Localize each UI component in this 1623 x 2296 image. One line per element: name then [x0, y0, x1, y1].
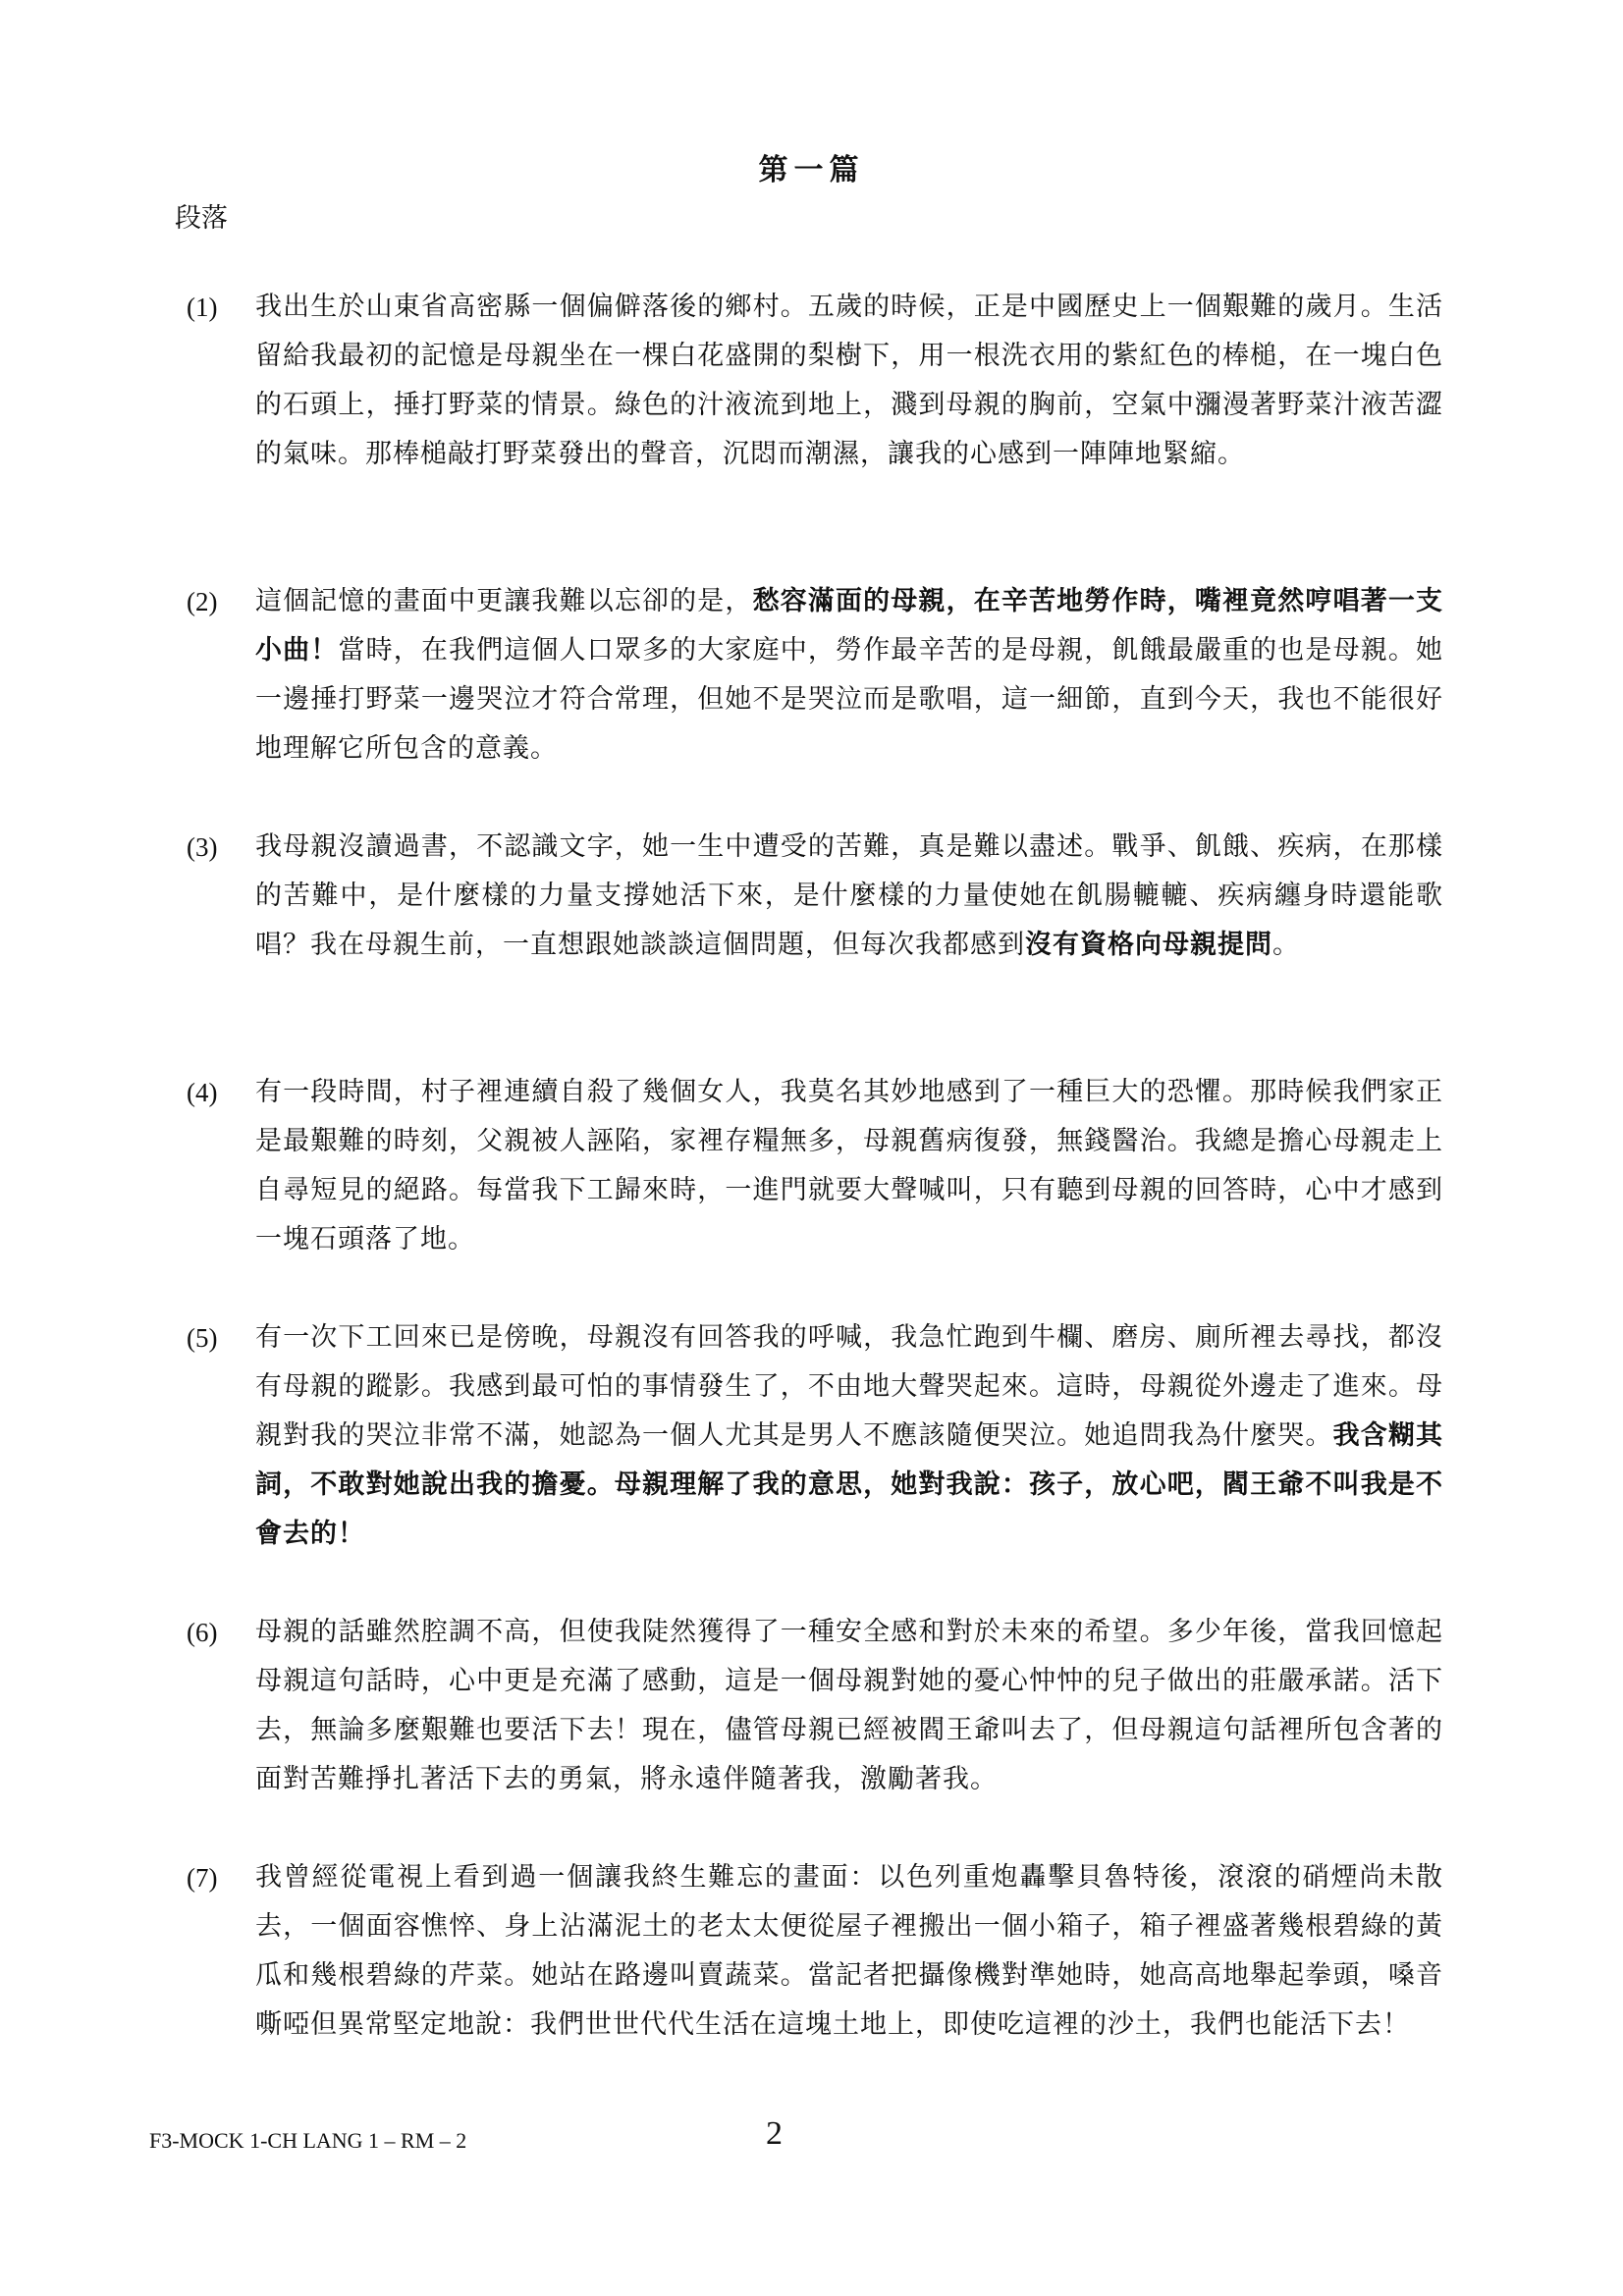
- paragraph-text: 。: [1272, 930, 1300, 960]
- paragraph-text: 有一次下工回來已是傍晚，母親沒有回答我的呼喊，我急忙跑到牛欄、磨房、廁所裡去尋找…: [255, 1322, 1443, 1451]
- emphasis-text: 沒有資格向母親提問: [1025, 930, 1272, 960]
- footer-page-number: 2: [766, 2115, 783, 2153]
- section-label: 段落: [175, 196, 228, 235]
- paragraph-number: (1): [187, 283, 217, 332]
- paragraph-text: 有一段時間，村子裡連續自殺了幾個女人，我莫名其妙地感到了一種巨大的恐懼。那時候我…: [255, 1077, 1443, 1255]
- paragraph-number: (5): [187, 1313, 217, 1362]
- paragraph-text: 母親的話雖然腔調不高，但使我陡然獲得了一種安全感和對於未來的希望。多少年後，當我…: [255, 1617, 1443, 1794]
- paragraph-text: 我曾經從電視上看到過一個讓我終生難忘的畫面：以色列重炮轟擊貝魯特後，滾滾的硝煙尚…: [255, 1862, 1443, 2040]
- paragraph-5: (5) 有一次下工回來已是傍晚，母親沒有回答我的呼喊，我急忙跑到牛欄、磨房、廁所…: [187, 1313, 1443, 1559]
- paragraph-2: (2) 這個記憶的畫面中更讓我難以忘卻的是，愁容滿面的母親，在辛苦地勞作時，嘴裡…: [187, 577, 1443, 774]
- paragraph-body: 我曾經從電視上看到過一個讓我終生難忘的畫面：以色列重炮轟擊貝魯特後，滾滾的硝煙尚…: [255, 1853, 1443, 2050]
- paragraph-body: 我出生於山東省高密縣一個偏僻落後的鄉村。五歲的時候，正是中國歷史上一個艱難的歲月…: [255, 283, 1443, 479]
- paragraph-text: 我出生於山東省高密縣一個偏僻落後的鄉村。五歲的時候，正是中國歷史上一個艱難的歲月…: [255, 292, 1443, 469]
- paragraph-body: 有一次下工回來已是傍晚，母親沒有回答我的呼喊，我急忙跑到牛欄、磨房、廁所裡去尋找…: [255, 1313, 1443, 1559]
- footer-document-code: F3-MOCK 1-CH LANG 1 – RM – 2: [149, 2128, 466, 2154]
- paragraph-3: (3) 我母親沒讀過書，不認識文字，她一生中遭受的苦難，真是難以盡述。戰爭、飢餓…: [187, 823, 1443, 970]
- paragraph-4: (4) 有一段時間，村子裡連續自殺了幾個女人，我莫名其妙地感到了一種巨大的恐懼。…: [187, 1068, 1443, 1264]
- paragraph-number: (4): [187, 1068, 217, 1117]
- paragraph-body: 這個記憶的畫面中更讓我難以忘卻的是，愁容滿面的母親，在辛苦地勞作時，嘴裡竟然哼唱…: [255, 577, 1443, 774]
- paragraph-text: 這個記憶的畫面中更讓我難以忘卻的是，: [255, 586, 753, 616]
- paragraph-number: (2): [187, 577, 217, 626]
- paragraph-body: 有一段時間，村子裡連續自殺了幾個女人，我莫名其妙地感到了一種巨大的恐懼。那時候我…: [255, 1068, 1443, 1264]
- paragraph-6: (6) 母親的話雖然腔調不高，但使我陡然獲得了一種安全感和對於未來的希望。多少年…: [187, 1608, 1443, 1804]
- paragraph-body: 母親的話雖然腔調不高，但使我陡然獲得了一種安全感和對於未來的希望。多少年後，當我…: [255, 1608, 1443, 1804]
- paragraph-body: 我母親沒讀過書，不認識文字，她一生中遭受的苦難，真是難以盡述。戰爭、飢餓、疾病，…: [255, 823, 1443, 970]
- paragraph-number: (3): [187, 823, 217, 872]
- paragraph-number: (6): [187, 1608, 217, 1657]
- page-title: 第一篇: [0, 145, 1623, 188]
- paragraph-1: (1) 我出生於山東省高密縣一個偏僻落後的鄉村。五歲的時候，正是中國歷史上一個艱…: [187, 283, 1443, 479]
- paragraph-7: (7) 我曾經從電視上看到過一個讓我終生難忘的畫面：以色列重炮轟擊貝魯特後，滾滾…: [187, 1853, 1443, 2050]
- paragraph-text: 當時，在我們這個人口眾多的大家庭中，勞作最辛苦的是母親，飢餓最嚴重的也是母親。她…: [255, 635, 1443, 764]
- paragraph-number: (7): [187, 1853, 217, 1902]
